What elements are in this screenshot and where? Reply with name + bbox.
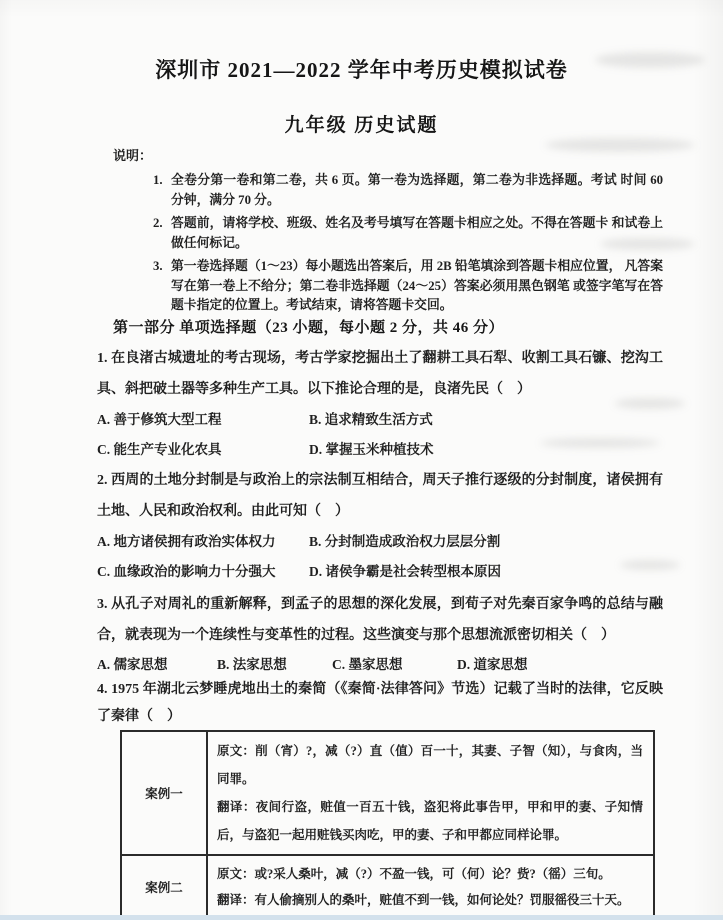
cases-table: 案例一 原文：削（宵）?，减（?）直（值）百一十，其妻、子智（知），与食肉，当同… [120,730,655,920]
question-4: 4. 1975 年湖北云梦睡虎地出土的秦简（《秦简·法律答问》节选）记载了当时的… [97,676,663,730]
scan-bottom-edge [0,915,723,920]
option-a: A. 地方诸侯拥有政治实体权力 [97,527,309,557]
option-c: C. 墨家思想 [332,651,457,678]
instruction-item: 3. 第一卷选择题（1～23）每小题选出答案后，用 2B 铅笔填涂到答题卡相应位… [153,257,663,316]
instruction-text: 全卷分第一卷和第二卷，共 6 页。第一卷为选择题，第二卷为非选择题。考试 时间 … [171,171,663,210]
instruction-text: 答题前，请将学校、班级、姓名及考号填写在答题卡相应之处。不得在答题卡 和试卷上做… [171,214,663,253]
option-c: C. 血缘政治的影响力十分强大 [97,557,309,587]
case-row-2: 案例二 原文：或?采人桑叶，减（?）不盈一钱，可（何）论？赀?（徭）三旬。 翻译… [121,855,654,919]
option-b: B. 分封制造成政治权力层层分割 [309,527,663,557]
instructions-list: 1. 全卷分第一卷和第二卷，共 6 页。第一卷为选择题，第二卷为非选择题。考试 … [97,171,663,316]
option-a: A. 善于修筑大型工程 [97,405,309,435]
option-d: D. 诸侯争霸是社会转型根本原因 [309,557,663,587]
instructions-label: 说明： [113,147,663,165]
instructions-block: 说明： 1. 全卷分第一卷和第二卷，共 6 页。第一卷为选择题，第二卷为非选择题… [97,147,663,320]
case-content-cell: 原文：或?采人桑叶，减（?）不盈一钱，可（何）论？赀?（徭）三旬。 翻译：有人偷… [207,855,654,919]
option-d: D. 道家思想 [457,651,663,678]
question-stem: 2. 西周的土地分封制是与政治上的宗法制互相结合，周天子推行逐级的分封制度，诸侯… [97,466,663,527]
instruction-text: 第一卷选择题（1～23）每小题选出答案后，用 2B 铅笔填涂到答题卡相应位置， … [171,257,663,316]
option-b: B. 追求精致生活方式 [309,405,663,435]
case-original-text: 原文：削（宵）?，减（?）直（值）百一十，其妻、子智（知），与食肉，当同罪。 [217,737,643,793]
case-translation-text: 翻译：有人偷摘别人的桑叶，赃值不到一钱，如何论处？罚服徭役三十天。 [217,887,643,913]
option-b: B. 法家思想 [217,651,332,678]
instruction-number: 3. [153,257,171,316]
page-subtitle: 九年级 历史试题 [0,110,723,137]
instruction-item: 1. 全卷分第一卷和第二卷，共 6 页。第一卷为选择题，第二卷为非选择题。考试 … [153,171,663,210]
case-translation-text: 翻译：夜间行盗，赃值一百五十钱，盗犯将此事告甲，甲和甲的妻、子知情后，与盗犯一起… [217,793,643,849]
option-row: C. 能生产专业化农具 D. 掌握玉米种植技术 [97,435,663,465]
exam-paper-page: 深圳市 2021—2022 学年中考历史模拟试卷 九年级 历史试题 说明： 1.… [0,0,723,920]
option-row: C. 血缘政治的影响力十分强大 D. 诸侯争霸是社会转型根本原因 [97,557,663,587]
instruction-number: 2. [153,214,171,253]
option-row: A. 儒家思想 B. 法家思想 C. 墨家思想 D. 道家思想 [97,651,663,678]
case-row-1: 案例一 原文：削（宵）?，减（?）直（值）百一十，其妻、子智（知），与食肉，当同… [121,731,654,855]
option-d: D. 掌握玉米种植技术 [309,435,663,465]
question-stem: 1. 在良渚古城遗址的考古现场，考古学家挖掘出土了翻耕工具石犁、收割工具石镰、挖… [97,344,663,405]
case-content-cell: 原文：削（宵）?，减（?）直（值）百一十，其妻、子智（知），与食肉，当同罪。 翻… [207,731,654,855]
question-3: 3. 从孔子对周礼的重新解释，到孟子的思想的深化发展，到荀子对先秦百家争鸣的总结… [97,590,663,678]
section-heading: 第一部分 单项选择题（23 小题，每小题 2 分，共 46 分） [113,316,663,337]
option-row: A. 地方诸侯拥有政治实体权力 B. 分封制造成政治权力层层分割 [97,527,663,557]
question-stem: 4. 1975 年湖北云梦睡虎地出土的秦简（《秦简·法律答问》节选）记载了当时的… [97,676,663,730]
case-label-cell: 案例一 [121,731,207,855]
question-1: 1. 在良渚古城遗址的考古现场，考古学家挖掘出土了翻耕工具石犁、收割工具石镰、挖… [97,344,663,464]
case-original-text: 原文：或?采人桑叶，减（?）不盈一钱，可（何）论？赀?（徭）三旬。 [217,861,643,887]
page-title: 深圳市 2021—2022 学年中考历史模拟试卷 [0,54,723,84]
option-c: C. 能生产专业化农具 [97,435,309,465]
question-2: 2. 西周的土地分封制是与政治上的宗法制互相结合，周天子推行逐级的分封制度，诸侯… [97,466,663,586]
instruction-number: 1. [153,171,171,210]
instruction-item: 2. 答题前，请将学校、班级、姓名及考号填写在答题卡相应之处。不得在答题卡 和试… [153,214,663,253]
case-label-cell: 案例二 [121,855,207,919]
option-row: A. 善于修筑大型工程 B. 追求精致生活方式 [97,405,663,435]
option-a: A. 儒家思想 [97,651,217,678]
question-stem: 3. 从孔子对周礼的重新解释，到孟子的思想的深化发展，到荀子对先秦百家争鸣的总结… [97,590,663,651]
